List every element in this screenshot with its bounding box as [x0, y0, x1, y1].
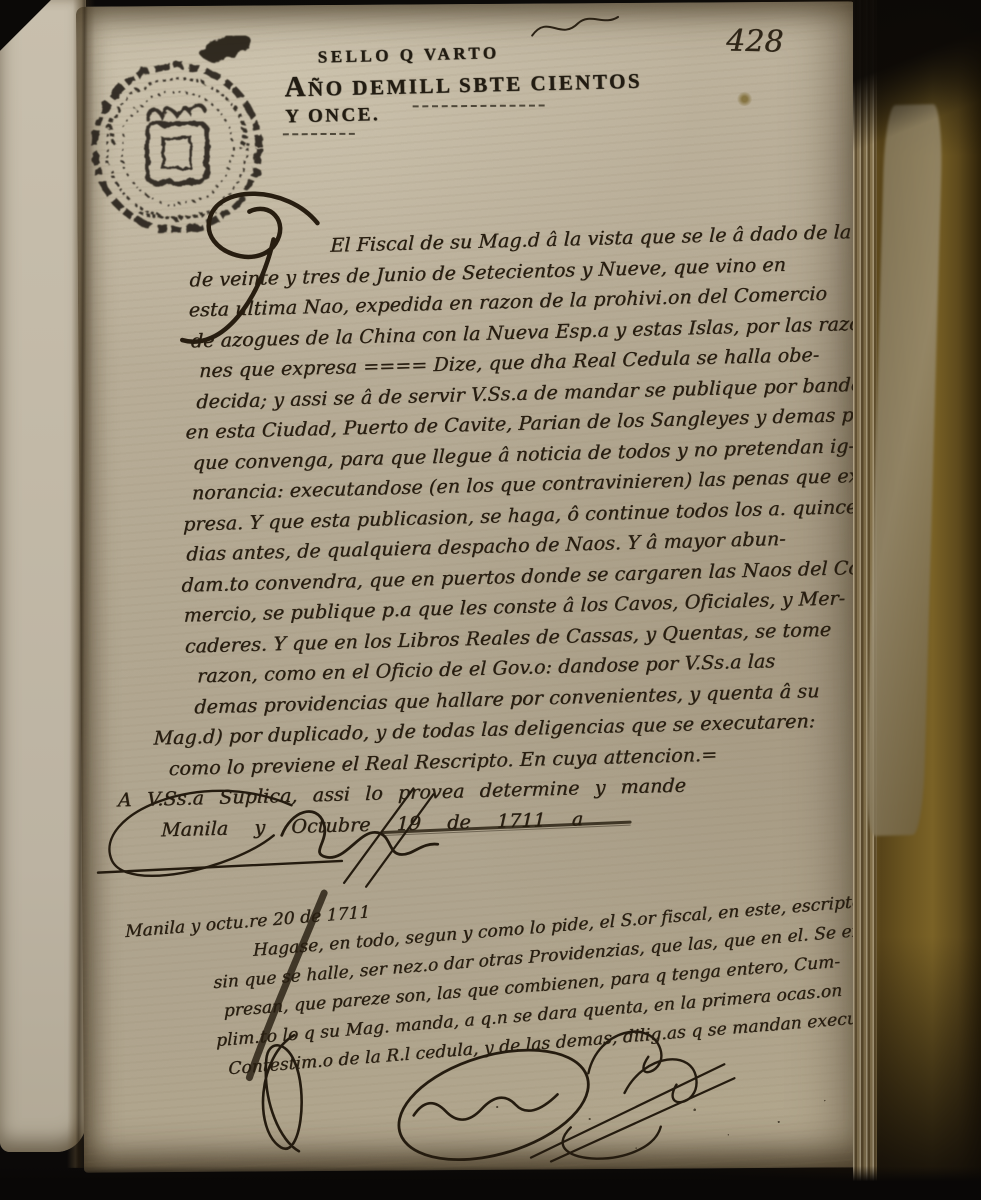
petition-text-block: El Fiscal de su Mag.d â la vista que se … — [175, 216, 872, 845]
governor-signature-rubric — [228, 1008, 749, 1170]
top-right-shadow — [853, 0, 981, 160]
paper-stain — [737, 92, 753, 106]
manuscript-page: SELLO Q VARTO AÑO DEMILL SBTE CIENTOS Y … — [76, 1, 872, 1172]
folio-number: 428 — [726, 23, 784, 59]
sello-stamp-text: SELLO Q VARTO AÑO DEMILL SBTE CIENTOS Y … — [284, 40, 643, 129]
book-fore-edge — [853, 0, 981, 1200]
stamp-underline — [283, 131, 355, 136]
photo-scene: SELLO Q VARTO AÑO DEMILL SBTE CIENTOS Y … — [0, 0, 981, 1200]
bottom-shadow — [0, 1166, 981, 1200]
